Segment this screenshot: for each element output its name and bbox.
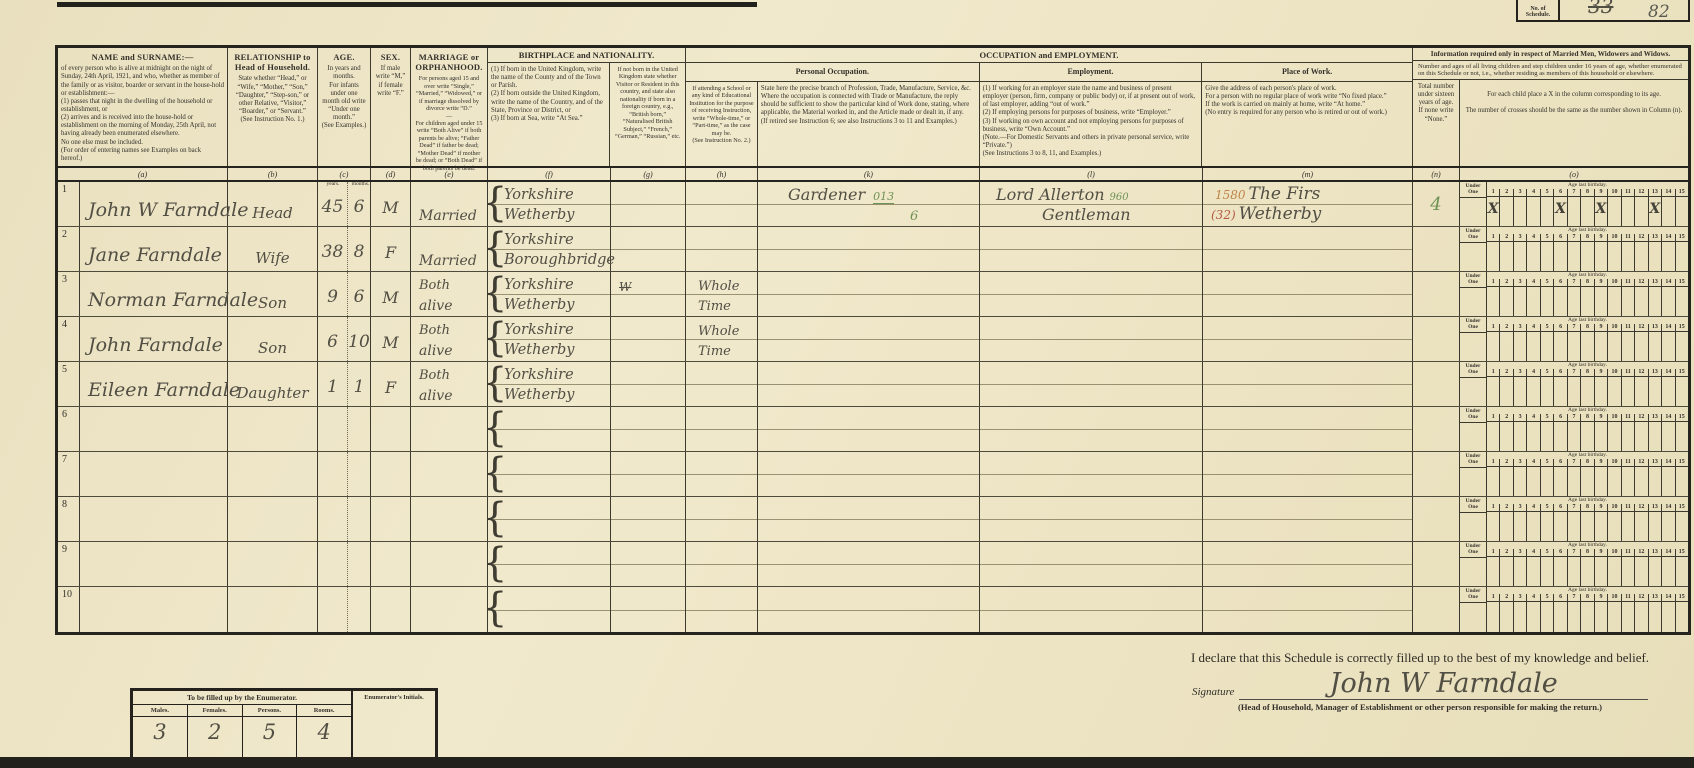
rooms-count: 4 <box>296 717 351 757</box>
age-cross-cell <box>1634 197 1647 226</box>
age-years-cell: 1 <box>318 362 348 406</box>
school-entry: Time <box>698 300 731 314</box>
relationship-cell: Wife <box>228 227 318 271</box>
employment-cell <box>980 497 1203 541</box>
school-cell <box>686 587 758 632</box>
schedule-number-old: 33 <box>1588 0 1613 18</box>
age-last-birthday-label: Age last birthday. <box>1487 182 1688 189</box>
under-one-mark <box>1460 243 1486 271</box>
group-paragraph: Number and ages of all living children a… <box>1413 61 1688 80</box>
age-last-birthday-label: Age last birthday. <box>1487 497 1688 504</box>
under-one-label: Under One <box>1460 587 1486 603</box>
nationality-cell <box>611 317 686 361</box>
name-cell: John W Farndale <box>80 182 228 226</box>
marriage-cell <box>411 587 488 632</box>
age-cross-cell <box>1540 287 1553 316</box>
age-cross-cell <box>1621 512 1634 541</box>
age-cross-grid: Under One Age last birthday. 12345678910… <box>1460 587 1688 632</box>
school-cell <box>686 452 758 496</box>
name-cell <box>80 587 228 632</box>
age-years-entry: 9 <box>327 287 338 307</box>
age-cross-cell <box>1553 332 1566 361</box>
brace-glyph: { <box>482 498 507 539</box>
age-marks <box>1487 467 1688 496</box>
age-grid-cell: Under One Age last birthday. 12345678910… <box>1460 227 1688 271</box>
age-cross-cell <box>1567 377 1580 406</box>
age-numbers: 123456789101112131415 <box>1487 549 1688 558</box>
age-cross-cell <box>1526 512 1539 541</box>
age-months-entry: 6 <box>354 287 365 307</box>
declaration-note: (Head of Household, Manager of Establish… <box>1158 702 1682 712</box>
age-cross-cell <box>1621 467 1634 496</box>
relationship-entry: Head <box>252 204 293 222</box>
column-letter: (g) <box>611 168 686 180</box>
col-title: NAME and SURNAME:— <box>61 52 224 62</box>
occupation-code-denominator: 6 <box>910 209 918 224</box>
under-one-label: Under One <box>1460 227 1486 243</box>
age-cross-cell <box>1499 242 1512 271</box>
age-cross-grid: Under One Age last birthday. 12345678910… <box>1460 317 1688 361</box>
relationship-entry: Daughter <box>237 384 309 402</box>
schedule-number-new: 82 <box>1648 2 1670 22</box>
age-cross-cell <box>1580 602 1593 632</box>
age-last-birthday-label: Age last birthday. <box>1487 317 1688 324</box>
age-cross-cell <box>1580 197 1593 226</box>
age-numbers: 123456789101112131415 <box>1487 279 1688 288</box>
marriage-entry: Married <box>419 254 477 269</box>
birthplace-cell: { <box>488 542 611 586</box>
age-cross-cell <box>1621 422 1634 451</box>
column-letter: (b) <box>228 168 318 180</box>
table-row: 10 { Under One Age last birthday. 123456… <box>58 587 1688 632</box>
table-row: 9 { Under One Age last birthday. 1234567… <box>58 542 1688 587</box>
col-header-birthplace: (1) If born in the United Kingdom, write… <box>488 63 610 166</box>
birth-county-entry: Yorkshire <box>504 368 574 384</box>
age-years-cell: 6 <box>318 317 348 361</box>
age-cross-cell <box>1607 332 1620 361</box>
birth-county-entry: Yorkshire <box>504 323 574 339</box>
age-cross-cell <box>1499 602 1512 632</box>
under-one-mark <box>1460 198 1486 226</box>
age-months-cell: 6 <box>348 182 371 226</box>
col-group-children-info: Information required only in respect of … <box>1413 48 1688 166</box>
place-of-work-town-entry: Wetherby <box>1239 204 1322 224</box>
age-grid-cell: Under One Age last birthday. 12345678910… <box>1460 587 1688 632</box>
age-cross-cell <box>1567 422 1580 451</box>
occupation-cell <box>758 452 980 496</box>
age-cross-cell <box>1553 512 1566 541</box>
sex-entry: M <box>382 198 398 217</box>
name-cell <box>80 452 228 496</box>
age-cross-cell <box>1634 377 1647 406</box>
place-of-work-cell <box>1203 272 1413 316</box>
col-header-nationality: If not born in the United Kingdom state … <box>610 63 685 166</box>
age-cross-cell <box>1499 197 1512 226</box>
age-numbers: 123456789101112131415 <box>1487 324 1688 333</box>
age-cross-cell <box>1526 422 1539 451</box>
column-letter-row: (a) (b) (c) (d) (e) (f) (g) (h) (k) (l) … <box>58 168 1688 182</box>
row-number: 9 <box>58 542 80 586</box>
age-cross-cell <box>1661 557 1674 586</box>
age-cross-grid: Under One Age last birthday. 12345678910… <box>1460 452 1688 496</box>
age-cross-cell <box>1513 602 1526 632</box>
sex-cell <box>371 497 411 541</box>
birthplace-cell: {YorkshireWetherby <box>488 317 611 361</box>
column-letter: (c) <box>318 168 371 180</box>
age-years-cell <box>318 407 348 451</box>
column-letter: (h) <box>686 168 758 180</box>
age-cross-cell <box>1499 467 1512 496</box>
age-cross-cell <box>1661 512 1674 541</box>
enumerator-col-persons: Persons. <box>242 705 297 716</box>
relationship-cell <box>228 587 318 632</box>
age-cross-cell <box>1540 197 1553 226</box>
marriage-cell: Bothalive <box>411 272 488 316</box>
age-cross-cell <box>1661 377 1674 406</box>
age-cross-cell <box>1648 287 1661 316</box>
column-letter: (d) <box>371 168 411 180</box>
age-cross-cell <box>1675 287 1688 316</box>
age-cross-cell <box>1540 422 1553 451</box>
under-one-label: Under One <box>1460 362 1486 378</box>
birthplace-cell: {YorkshireWetherby <box>488 272 611 316</box>
age-cross-cell <box>1648 602 1661 632</box>
age-cross-cell <box>1513 287 1526 316</box>
under-one-mark <box>1460 558 1486 586</box>
age-marks <box>1487 422 1688 451</box>
age-cross-cell <box>1580 467 1593 496</box>
nationality-entry: W <box>619 281 631 294</box>
age-cross-cell <box>1675 557 1688 586</box>
row-number: 7 <box>58 452 80 496</box>
age-months-cell <box>348 542 371 586</box>
table-row: 4 John Farndale Son 6 10 M Bothalive {Yo… <box>58 317 1688 362</box>
place-code-2: (32) <box>1211 208 1236 222</box>
name-cell: Jane Farndale <box>80 227 228 271</box>
brace-glyph: { <box>482 183 507 224</box>
nationality-cell <box>611 542 686 586</box>
age-cross-cell <box>1540 242 1553 271</box>
group-title: BIRTHPLACE and NATIONALITY. <box>488 48 685 63</box>
age-cross-cell <box>1675 602 1688 632</box>
table-row: 7 { Under One Age last birthday. 1234567… <box>58 452 1688 497</box>
age-cross-cell <box>1661 242 1674 271</box>
age-cross-cell <box>1487 287 1499 316</box>
col-header-personal-occupation: State here the precise branch of Profess… <box>758 82 980 166</box>
age-cross-cell <box>1661 467 1674 496</box>
total-under-16-cell <box>1413 362 1460 406</box>
age-cross-cell <box>1580 422 1593 451</box>
age-cross-cell <box>1513 467 1526 496</box>
declaration-block: I declare that this Schedule is correctl… <box>1158 650 1682 712</box>
under-one-mark <box>1460 423 1486 451</box>
age-cross-cell <box>1580 242 1593 271</box>
females-count: 2 <box>187 717 242 757</box>
group-title: Information required only in respect of … <box>1413 48 1688 61</box>
enumerator-col-rooms: Rooms. <box>296 705 351 716</box>
employer-description-entry: Gentleman <box>1042 206 1131 224</box>
age-cross-cell <box>1648 332 1661 361</box>
age-cross-cell <box>1487 242 1499 271</box>
age-numbers: 123456789101112131415 <box>1487 234 1688 243</box>
age-marks <box>1487 332 1688 361</box>
age-cross-cell <box>1513 557 1526 586</box>
males-count: 3 <box>133 717 187 757</box>
age-cross-cell <box>1487 602 1499 632</box>
age-cross-cell <box>1648 512 1661 541</box>
marriage-entry: alive <box>419 344 453 359</box>
declaration-text: I declare that this Schedule is correctl… <box>1158 650 1682 666</box>
age-years-cell <box>318 497 348 541</box>
age-numbers: 123456789101112131415 <box>1487 504 1688 513</box>
age-cross-cell <box>1594 557 1607 586</box>
birthplace-cell: { <box>488 587 611 632</box>
years-micro-label: years. <box>318 182 348 188</box>
age-cross-cell <box>1499 512 1512 541</box>
birth-county-entry: Yorkshire <box>504 188 574 204</box>
age-cross-cell: X <box>1594 197 1607 226</box>
subgroup-personal-occupation: Personal Occupation. <box>686 63 980 82</box>
age-cross-cell <box>1567 557 1580 586</box>
age-cross-cell <box>1621 602 1634 632</box>
marriage-cell: Bothalive <box>411 317 488 361</box>
enumerator-box: To be filled up by the Enumerator. Males… <box>130 688 438 760</box>
enumerator-col-males: Males. <box>133 705 187 716</box>
occupation-cell <box>758 542 980 586</box>
marriage-cell: Married <box>411 182 488 226</box>
row-number: 2 <box>58 227 80 271</box>
age-cross-cell <box>1594 377 1607 406</box>
age-grid-cell: Under One Age last birthday. 12345678910… <box>1460 407 1688 451</box>
age-cross-cell <box>1594 467 1607 496</box>
occupation-cell <box>758 227 980 271</box>
age-numbers: 123456789101112131415 <box>1487 369 1688 378</box>
age-cross-cell <box>1487 512 1499 541</box>
employment-cell <box>980 587 1203 632</box>
marriage-entry: alive <box>419 299 453 314</box>
age-marks <box>1487 242 1688 271</box>
age-cross-cell <box>1526 197 1539 226</box>
age-cross-cell <box>1540 512 1553 541</box>
age-cross-cell <box>1607 377 1620 406</box>
employer-entry: Lord Allerton960 <box>996 186 1129 204</box>
age-cross-cell <box>1526 557 1539 586</box>
age-cross-cell <box>1553 467 1566 496</box>
age-cross-cell <box>1661 197 1674 226</box>
age-cross-cell <box>1675 377 1688 406</box>
sex-cell: F <box>371 362 411 406</box>
age-cross-cell <box>1675 242 1688 271</box>
nationality-cell <box>611 587 686 632</box>
age-cross-cell <box>1487 422 1499 451</box>
marriage-cell <box>411 407 488 451</box>
age-years-entry: 1 <box>327 377 338 397</box>
column-letter: (k) <box>758 168 980 180</box>
age-cross-cell <box>1526 602 1539 632</box>
col-group-birthplace: BIRTHPLACE and NATIONALITY. (1) If born … <box>488 48 686 166</box>
table-row: 1 John W Farndale Head 45 6 M Married {Y… <box>58 182 1688 227</box>
age-cross-cell <box>1513 242 1526 271</box>
marriage-cell <box>411 497 488 541</box>
age-cross-grid: Under One Age last birthday. 12345678910… <box>1460 407 1688 451</box>
age-years-cell: 9 <box>318 272 348 316</box>
birth-town-entry: Wetherby <box>504 208 574 224</box>
occupation-entry: Gardener013 <box>788 186 894 204</box>
occupation-cell: Gardener0136 <box>758 182 980 226</box>
age-years-entry: 38 <box>322 242 344 262</box>
age-grid-cell: Under One Age last birthday. 12345678910… <box>1460 542 1688 586</box>
employment-cell: Lord Allerton960Gentleman <box>980 182 1203 226</box>
birth-town-entry: Wetherby <box>504 388 574 404</box>
enumerator-values: 3 2 5 4 <box>133 717 351 757</box>
age-cross-cell <box>1526 332 1539 361</box>
sex-entry: M <box>382 288 398 307</box>
age-years-cell <box>318 587 348 632</box>
age-cross-cell <box>1594 332 1607 361</box>
place-of-work-cell <box>1203 407 1413 451</box>
age-cross-cell <box>1513 512 1526 541</box>
employment-cell <box>980 362 1203 406</box>
age-marks <box>1487 512 1688 541</box>
age-months-cell: 8 <box>348 227 371 271</box>
age-cross-cell <box>1526 242 1539 271</box>
place-of-work-cell <box>1203 542 1413 586</box>
col-header-employment: (1) If working for an employer state the… <box>980 82 1203 166</box>
brace-glyph: { <box>482 318 507 359</box>
employment-cell <box>980 542 1203 586</box>
total-under-16-cell: 4 <box>1413 182 1460 226</box>
birthplace-cell: {YorkshireWetherby <box>488 182 611 226</box>
name-cell <box>80 542 228 586</box>
age-cross-cell <box>1621 287 1634 316</box>
nationality-cell <box>611 497 686 541</box>
enumerator-box-title: To be filled up by the Enumerator. <box>133 691 351 705</box>
age-cross-cell <box>1553 422 1566 451</box>
total-under-16-cell <box>1413 542 1460 586</box>
age-marks <box>1487 602 1688 632</box>
age-cross-cell <box>1553 377 1566 406</box>
age-cross-cell <box>1634 512 1647 541</box>
occupation-cell <box>758 497 980 541</box>
school-cell <box>686 407 758 451</box>
col-title: RELATIONSHIP to Head of Household. <box>231 52 314 72</box>
under-one-mark <box>1460 468 1486 496</box>
row-number: 6 <box>58 407 80 451</box>
school-cell: WholeTime <box>686 317 758 361</box>
marriage-cell <box>411 542 488 586</box>
relationship-cell <box>228 407 318 451</box>
employment-cell <box>980 452 1203 496</box>
relationship-cell: Head <box>228 182 318 226</box>
occupation-cell <box>758 317 980 361</box>
birth-town-entry: Wetherby <box>504 343 574 359</box>
age-cross-cell <box>1594 512 1607 541</box>
employment-cell <box>980 407 1203 451</box>
sex-cell: M <box>371 182 411 226</box>
col-header-place-of-work: Give the address of each person's place … <box>1202 82 1412 166</box>
age-months-cell: 6 <box>348 272 371 316</box>
name-cell <box>80 497 228 541</box>
brace-glyph: { <box>482 453 507 494</box>
relationship-cell: Daughter <box>228 362 318 406</box>
age-cross-cell <box>1621 332 1634 361</box>
age-cross-cell <box>1634 332 1647 361</box>
age-cross-cell <box>1621 377 1634 406</box>
age-cross-cell <box>1567 242 1580 271</box>
birthplace-cell: { <box>488 497 611 541</box>
age-months-cell <box>348 407 371 451</box>
schedule-number-box: No. of Schedule. 33 82 <box>1516 0 1690 22</box>
age-cross-cell <box>1594 602 1607 632</box>
schedule-number-label: No. of Schedule. <box>1518 0 1560 20</box>
age-cross-cell <box>1648 422 1661 451</box>
relationship-cell: Son <box>228 272 318 316</box>
age-cross-cell <box>1661 332 1674 361</box>
column-letter: (o) <box>1460 168 1688 180</box>
total-under-16-cell <box>1413 317 1460 361</box>
age-cross-cell <box>1675 332 1688 361</box>
age-cross-cell <box>1675 512 1688 541</box>
employment-cell <box>980 272 1203 316</box>
sex-cell <box>371 542 411 586</box>
age-last-birthday-label: Age last birthday. <box>1487 452 1688 459</box>
age-cross-grid: Under One Age last birthday. 12345678910… <box>1460 227 1688 271</box>
age-cross-cell <box>1675 197 1688 226</box>
birth-county-entry: Yorkshire <box>504 278 574 294</box>
sex-entry: M <box>382 333 398 352</box>
under-one-mark <box>1460 378 1486 406</box>
col-header-marriage: MARRIAGE or ORPHANHOOD. For persons aged… <box>411 48 488 166</box>
under-one-label: Under One <box>1460 317 1486 333</box>
age-marks <box>1487 557 1688 586</box>
place-of-work-cell: 1580The Firs(32)Wetherby <box>1203 182 1413 226</box>
col-title: AGE. <box>321 52 367 62</box>
table-row: 8 { Under One Age last birthday. 1234567… <box>58 497 1688 542</box>
place-of-work-cell <box>1203 587 1413 632</box>
age-months-cell: 10 <box>348 317 371 361</box>
name-entry: John W Farndale <box>88 199 249 221</box>
age-cross-cell <box>1675 422 1688 451</box>
school-cell <box>686 542 758 586</box>
place-of-work-entry: The Firs <box>1249 184 1321 204</box>
name-entry: John Farndale <box>88 334 223 356</box>
birth-town-entry: Boroughbridge <box>504 253 615 269</box>
total-under-16-cell <box>1413 497 1460 541</box>
age-cross-cell <box>1487 332 1499 361</box>
age-months-cell: 1 <box>348 362 371 406</box>
brace-glyph: { <box>482 588 507 629</box>
age-cross-cell <box>1634 602 1647 632</box>
age-cross-cell <box>1540 557 1553 586</box>
age-grid-cell: Under One Age last birthday. 12345678910… <box>1460 497 1688 541</box>
age-grid-cell: Under One Age last birthday. 12345678910… <box>1460 362 1688 406</box>
row-number: 1 <box>58 182 80 226</box>
age-cross-cell <box>1661 422 1674 451</box>
school-cell <box>686 497 758 541</box>
age-cross-cell <box>1594 422 1607 451</box>
age-months-entry: 6 <box>354 197 365 217</box>
age-cross-cell <box>1513 332 1526 361</box>
age-cross-cell <box>1580 332 1593 361</box>
subgroup-employment: Employment. <box>980 63 1203 82</box>
col-header-relationship: RELATIONSHIP to Head of Household. State… <box>228 48 318 166</box>
age-cross-cell <box>1607 287 1620 316</box>
occupation-cell <box>758 272 980 316</box>
age-months-entry: 8 <box>354 242 365 262</box>
age-months-entry: 10 <box>348 332 370 352</box>
brace-glyph: { <box>482 408 507 449</box>
under-one-label: Under One <box>1460 407 1486 423</box>
